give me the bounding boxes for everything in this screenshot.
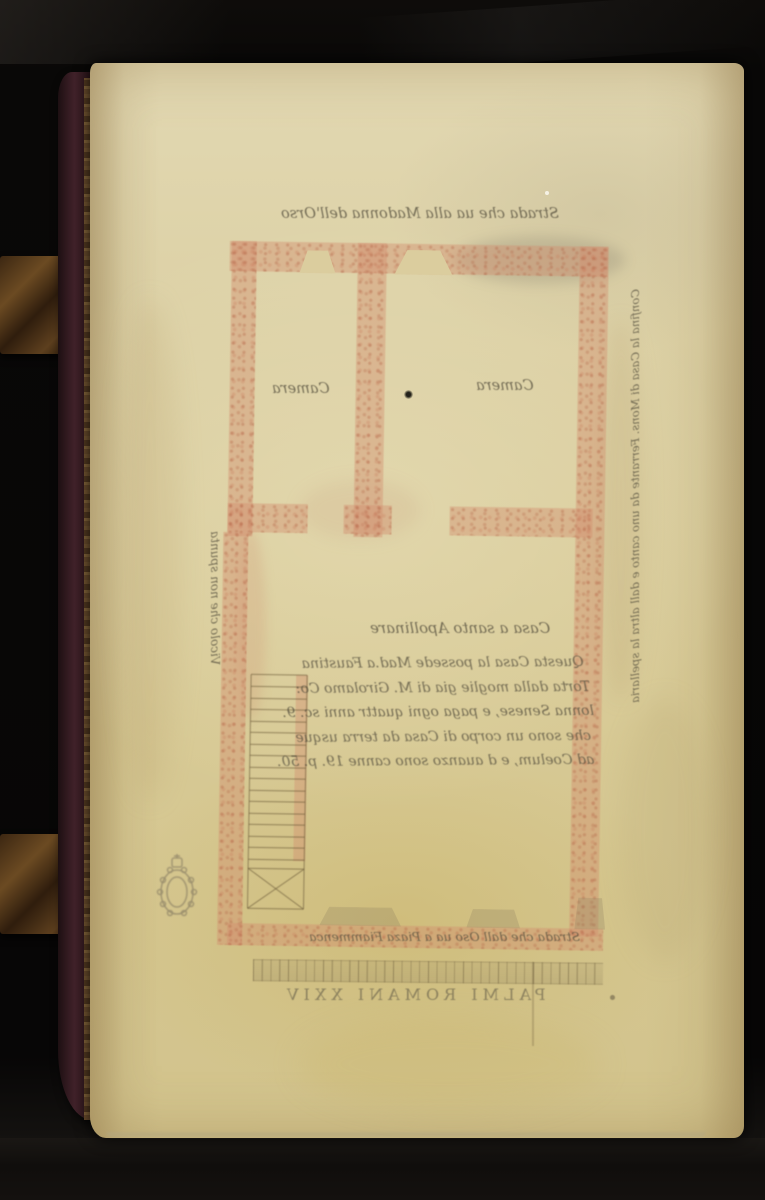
ink-speck: [610, 995, 615, 1000]
wall-left-upper: [227, 241, 257, 536]
note-line: Torta dalla moglie gia di M. Girolamo Co…: [292, 674, 594, 701]
scale-label: PALMI ROMANI XXIV: [282, 985, 520, 1004]
wall-partition-vertical: [353, 243, 387, 537]
caption-hall-title: Casa a santo Apollinare: [355, 619, 565, 637]
door-splay-3: [574, 897, 605, 929]
wall-right: [569, 246, 609, 936]
scale-bar: [253, 959, 603, 985]
caption-hall-title-text: Casa a santo Apollinare: [370, 619, 550, 637]
note-line: Questa Casa la possede Mad.a Faustina: [292, 650, 594, 677]
floor-plan: [217, 237, 622, 955]
property-note: Questa Casa la possede Mad.a Faustina To…: [292, 650, 595, 775]
photo-backdrop: Strada che ua alla Madonna dell'Orso Cam…: [0, 0, 765, 1200]
scale-label-text: PALMI ROMANI XXIV: [282, 985, 545, 1004]
caption-side-right: Confina la Casa di Mons. Ferrante da uno…: [628, 353, 642, 703]
note-line: lonna Senese, e paga ogni quattr anni sc…: [292, 699, 594, 726]
room-label-left-text: Camera: [272, 381, 330, 397]
white-speck: [545, 191, 549, 195]
caption-street-bottom-text: Strada che dall Oso ua a Piaza Fiammenca: [309, 929, 580, 944]
library-stamp-icon: [146, 852, 208, 920]
wall-partition-left: [227, 503, 307, 533]
caption-street-top-text: Strada che ua alla Madonna dell'Orso: [281, 206, 559, 222]
note-line: ad Coelum, e d auanzo sono canne 19. p. …: [292, 748, 594, 775]
note-line: che sono un corpo di Casa da terra usque: [292, 723, 594, 750]
door-splay-1: [319, 906, 401, 926]
caption-street-bottom: Strada che dall Oso ua a Piaza Fiammenca: [298, 929, 590, 944]
caption-side-left: Vicolo che non spunta: [208, 527, 222, 669]
caption-side-right-text: Confina la Casa di Mons. Ferrante da uno…: [628, 289, 642, 703]
caption-street-top: Strada che ua alla Madonna dell'Orso: [250, 206, 590, 222]
room-label-right-text: Camera: [476, 378, 534, 394]
under-leaf-edge: [106, 1132, 706, 1137]
scale-bar-end-line: [532, 962, 534, 1046]
room-label-right: Camera: [462, 378, 548, 394]
table-surface-highlight: [0, 0, 320, 64]
ink-dot: [404, 390, 413, 399]
table-surface-bottom: [0, 1138, 765, 1200]
wall-partition-center: [343, 505, 391, 535]
room-label-left: Camera: [258, 381, 344, 397]
wall-partition-right: [449, 506, 592, 537]
caption-side-left-text: Vicolo che non spunta: [208, 531, 222, 665]
door-splay-2: [466, 909, 520, 929]
